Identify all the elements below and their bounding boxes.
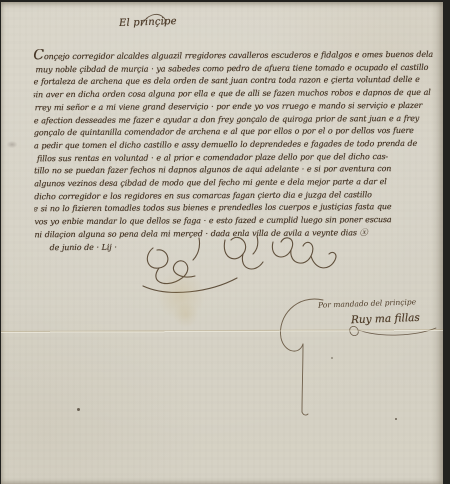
header-flourish-stroke [137, 12, 171, 28]
ink-speck [395, 418, 397, 420]
manuscript-body: Conçejo corregidor alcaldes alguazil rre… [33, 47, 443, 257]
manuscript-line: algunos vezinos desa çibdad de modo que … [34, 176, 443, 191]
ink-speck [77, 408, 80, 411]
scanned-manuscript: { "document": { "header": "El prinçipe",… [0, 0, 450, 484]
manuscript-line: vos yo enbie mandar lo que dellos se fag… [34, 214, 443, 229]
paper-stain-small [169, 298, 203, 332]
ink-speck [331, 357, 333, 359]
chancery-pen-stroke [273, 294, 329, 426]
paper-sheet: El prinçipe Conçejo corregidor alcaldes … [1, 2, 443, 484]
edge-smudge [5, 140, 19, 149]
